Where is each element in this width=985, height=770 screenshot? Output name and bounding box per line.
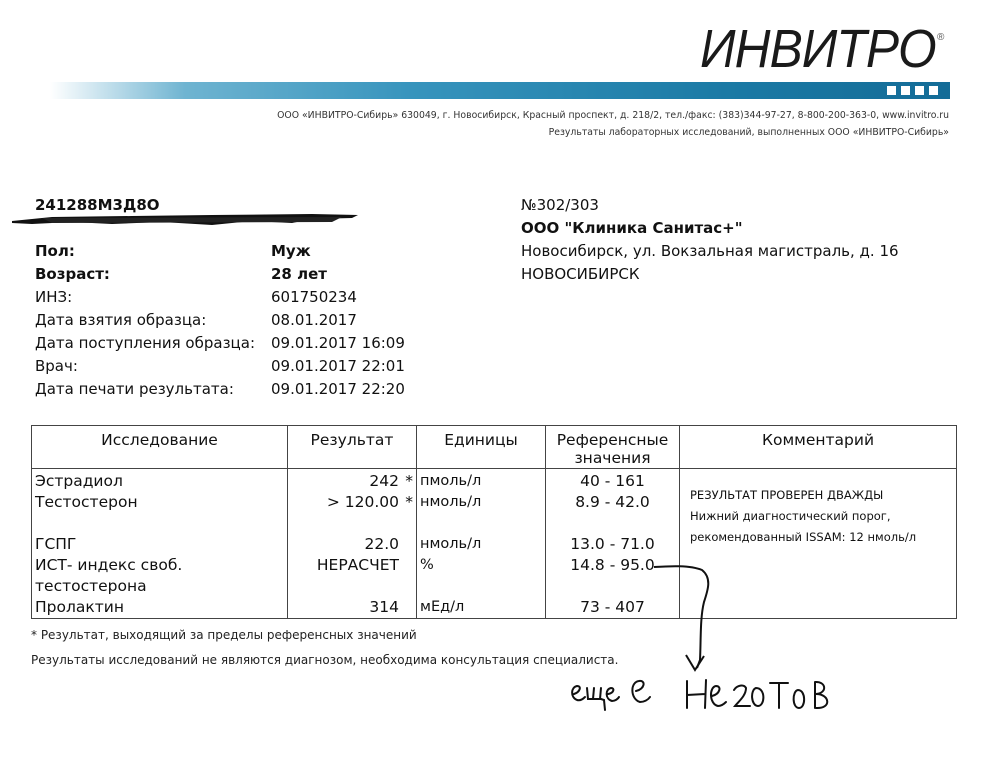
comment-line3: рекомендованный ISSAM: 12 нмоль/л [690, 527, 953, 548]
cell-units: нмоль/л [417, 534, 546, 555]
cell-test [32, 513, 288, 534]
cell-result: > 120.00* [288, 492, 417, 513]
out-of-range-flag [399, 555, 413, 576]
cell-reference: 8.9 - 42.0 [546, 492, 680, 513]
cell-reference: 13.0 - 71.0 [546, 534, 680, 555]
field-received-date: Дата поступления образца: 09.01.2017 16:… [35, 332, 405, 355]
field-label: Врач: [35, 355, 271, 378]
cell-test: Эстрадиол [32, 469, 288, 493]
field-value: 28 лет [271, 263, 327, 286]
cell-units [417, 513, 546, 534]
lab-address-line: ООО «ИНВИТРО-Сибирь» 630049, г. Новосиби… [277, 107, 949, 124]
cell-result: НЕРАСЧЕТ [288, 555, 417, 597]
footnotes: * Результат, выходящий за пределы рефере… [31, 623, 618, 673]
header-test: Исследование [32, 426, 288, 469]
cell-result [288, 513, 417, 534]
cell-test: Пролактин [32, 597, 288, 619]
flag-note: * Результат, выходящий за пределы рефере… [31, 623, 618, 648]
lab-address-block: ООО «ИНВИТРО-Сибирь» 630049, г. Новосиби… [277, 107, 949, 141]
cell-result: 314 [288, 597, 417, 619]
result-value: НЕРАСЧЕТ [317, 555, 399, 576]
field-value: 09.01.2017 16:09 [271, 332, 405, 355]
header-units: Единицы [417, 426, 546, 469]
cell-result: 22.0 [288, 534, 417, 555]
header-result: Результат [288, 426, 417, 469]
out-of-range-flag: * [399, 471, 413, 492]
registered-mark: ® [937, 32, 944, 43]
out-of-range-flag [399, 534, 413, 555]
header-comment: Комментарий [680, 426, 957, 469]
field-value: Муж [271, 240, 311, 263]
comment-line2: Нижний диагностический порог, [690, 506, 953, 527]
cell-units: нмоль/л [417, 492, 546, 513]
brand-band [50, 82, 950, 99]
result-value: 22.0 [364, 534, 399, 555]
result-value: > 120.00 [327, 492, 399, 513]
out-of-range-flag [399, 597, 413, 618]
result-value: 314 [369, 597, 399, 618]
field-label: Дата поступления образца: [35, 332, 271, 355]
cell-test: Тестостерон [32, 492, 288, 513]
field-label: Дата взятия образца: [35, 309, 271, 332]
redacted-patient-name [12, 213, 358, 227]
arrow-icon [560, 560, 860, 740]
field-value: 601750234 [271, 286, 357, 309]
field-sex: Пол: Муж [35, 240, 405, 263]
cell-test: ИСТ- индекс своб. тестостерона [32, 555, 288, 597]
out-of-range-flag: * [399, 492, 413, 513]
clinic-address: Новосибирск, ул. Вокзальная магистраль, … [521, 240, 899, 263]
cell-units: пмоль/л [417, 469, 546, 493]
field-value: 08.01.2017 [271, 309, 357, 332]
field-inz: ИНЗ: 601750234 [35, 286, 405, 309]
field-doctor: Врач: 09.01.2017 22:01 [35, 355, 405, 378]
handwritten-annotation [560, 560, 860, 740]
invitro-logo: ИНВИТРО [700, 22, 936, 76]
comment-line1: РЕЗУЛЬТАТ ПРОВЕРЕН ДВАЖДЫ [690, 485, 953, 506]
field-value: 09.01.2017 22:20 [271, 378, 405, 401]
clinic-name: ООО "Клиника Санитас+" [521, 217, 899, 240]
field-label: Возраст: [35, 263, 271, 286]
field-label: Дата печати результата: [35, 378, 271, 401]
header-reference: Референсные значения [546, 426, 680, 469]
clinic-number: №302/303 [521, 194, 899, 217]
clinic-info: №302/303 ООО "Клиника Санитас+" Новосиби… [521, 194, 899, 286]
field-label: ИНЗ: [35, 286, 271, 309]
cell-units: мЕд/л [417, 597, 546, 619]
field-value: 09.01.2017 22:01 [271, 355, 405, 378]
disclaimer: Результаты исследований не являются диаг… [31, 648, 618, 673]
table-header-row: Исследование Результат Единицы Референсн… [32, 426, 957, 469]
cell-result: 242* [288, 469, 417, 493]
table-row: Эстрадиол242*пмоль/л40 - 161РЕЗУЛЬТАТ ПР… [32, 469, 957, 493]
clinic-city: НОВОСИБИРСК [521, 263, 899, 286]
cell-reference [546, 513, 680, 534]
lab-subtitle: Результаты лабораторных исследований, вы… [277, 124, 949, 141]
cell-units: % [417, 555, 546, 597]
cell-test: ГСПГ [32, 534, 288, 555]
field-label: Пол: [35, 240, 271, 263]
field-print-date: Дата печати результата: 09.01.2017 22:20 [35, 378, 405, 401]
band-squares-decoration [887, 86, 938, 95]
result-value: 242 [369, 471, 399, 492]
field-age: Возраст: 28 лет [35, 263, 405, 286]
field-sample-date: Дата взятия образца: 08.01.2017 [35, 309, 405, 332]
cell-reference: 40 - 161 [546, 469, 680, 493]
